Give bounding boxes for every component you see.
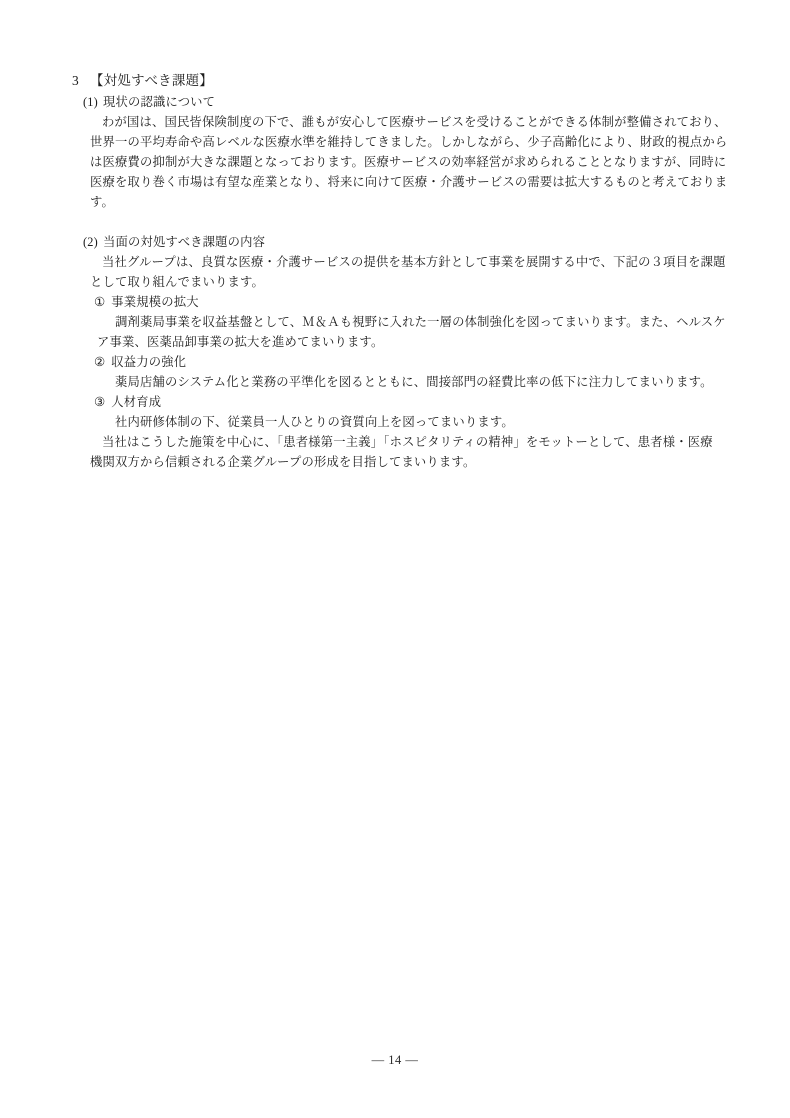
numbered-item-2-marker: ② bbox=[94, 355, 105, 369]
numbered-item-2-title: 収益力の強化 bbox=[111, 355, 186, 369]
numbered-item-3-title: 人材育成 bbox=[111, 395, 161, 409]
paragraph-line: わが国は、国民皆保険制度の下で、誰もが安心して医療サービスを受けることができる体… bbox=[72, 112, 718, 132]
paragraph-line: 機関双方から信頼される企業グループの形成を目指してまいります。 bbox=[72, 452, 718, 472]
paragraph-line: 社内研修体制の下、従業員一人ひとりの資質向上を図ってまいります。 bbox=[72, 412, 718, 432]
numbered-item-1-marker: ① bbox=[94, 295, 105, 309]
numbered-item-3-heading: ③人材育成 bbox=[72, 392, 718, 412]
section-heading-number: 3 bbox=[72, 73, 79, 88]
paragraph-line: 調剤薬局事業を収益基盤として、Ｍ＆Ａも視野に入れた一層の体制強化を図ってまいりま… bbox=[72, 312, 718, 332]
subsection-2-label: (2) bbox=[83, 235, 98, 249]
paragraph-line: ア事業、医薬品卸事業の拡大を進めてまいります。 bbox=[72, 332, 718, 352]
numbered-item-3-marker: ③ bbox=[94, 395, 105, 409]
numbered-item-2-heading: ②収益力の強化 bbox=[72, 352, 718, 372]
paragraph-line: 薬局店舗のシステム化と業務の平準化を図るとともに、間接部門の経費比率の低下に注力… bbox=[72, 372, 718, 392]
numbered-item-1-title: 事業規模の拡大 bbox=[111, 295, 198, 309]
section-heading-title: 【対処すべき課題】 bbox=[90, 73, 213, 88]
section-heading: 3【対処すべき課題】 bbox=[72, 70, 718, 92]
paragraph-line: 当社はこうした施策を中心に、「患者様第一主義」「ホスピタリティの精神」をモットー… bbox=[72, 432, 718, 452]
page-content: 3【対処すべき課題】 (1)現状の認識について わが国は、国民皆保険制度の下で、… bbox=[72, 70, 718, 472]
subsection-2-title: 当面の対処すべき課題の内容 bbox=[103, 235, 265, 249]
paragraph-line: 医療を取り巻く市場は有望な産業となり、将来に向けて医療・介護サービスの需要は拡大… bbox=[72, 172, 718, 192]
subsection-1-label: (1) bbox=[83, 95, 98, 109]
paragraph-line: す。 bbox=[72, 192, 718, 212]
page-number: ― 14 ― bbox=[0, 1053, 790, 1068]
subsection-2-heading: (2)当面の対処すべき課題の内容 bbox=[72, 232, 718, 252]
subsection-1-title: 現状の認識について bbox=[103, 95, 215, 109]
paragraph-line: は医療費の抑制が大きな課題となっております。医療サービスの効率経営が求められるこ… bbox=[72, 152, 718, 172]
numbered-item-1-heading: ①事業規模の拡大 bbox=[72, 292, 718, 312]
paragraph-line: として取り組んでまいります。 bbox=[72, 272, 718, 292]
document-page: 3【対処すべき課題】 (1)現状の認識について わが国は、国民皆保険制度の下で、… bbox=[0, 0, 790, 1118]
paragraph-line: 世界一の平均寿命や高レベルな医療水準を維持してきました。しかしながら、少子高齢化… bbox=[72, 132, 718, 152]
subsection-1-heading: (1)現状の認識について bbox=[72, 92, 718, 112]
paragraph-line: 当社グループは、良質な医療・介護サービスの提供を基本方針として事業を展開する中で… bbox=[72, 252, 718, 272]
